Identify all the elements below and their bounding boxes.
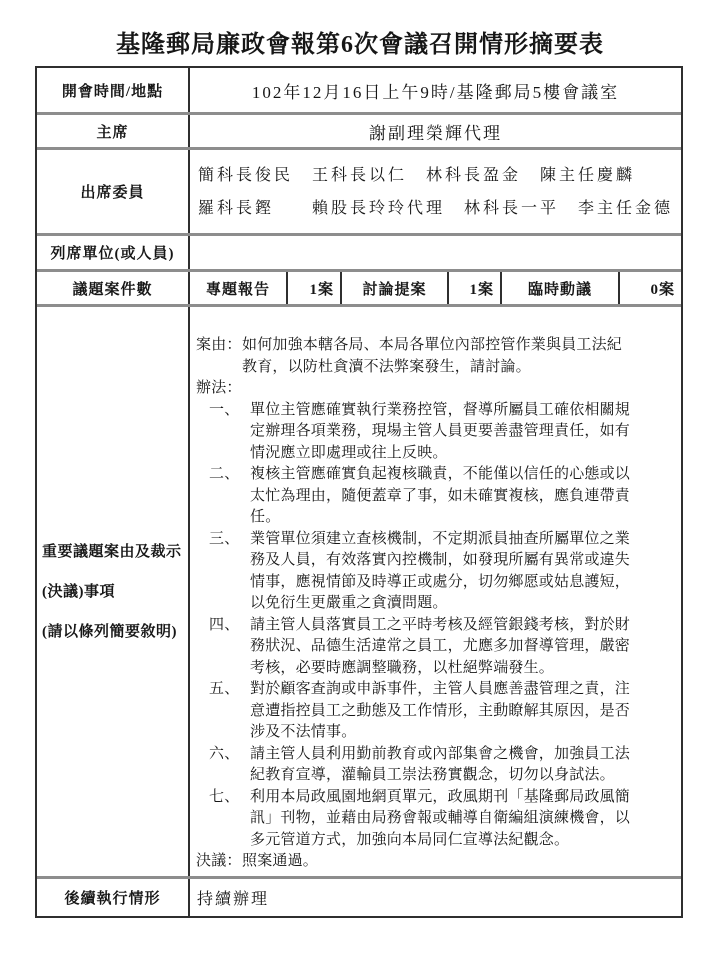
method-item-3: 三、 業管單位須建立查核機制，不定期派員抽查所屬單位之業務及人員，有效落實內控機… bbox=[209, 529, 673, 615]
observers-label: 列席單位(或人員) bbox=[37, 236, 190, 269]
method-item-6: 六、 請主管人員利用勤前教育或內部集會之機會，加強員工法紀教育宣導，灌輸員工崇法… bbox=[209, 744, 673, 787]
attendees-label: 出席委員 bbox=[37, 150, 190, 233]
case-label: 案由： bbox=[196, 335, 242, 378]
observers-value bbox=[190, 236, 681, 269]
method-item-6-no: 六、 bbox=[209, 744, 250, 787]
count-value-discussion: 1案 bbox=[447, 272, 500, 304]
row-chair: 主席 謝副理榮輝代理 bbox=[37, 112, 681, 147]
method-item-4-no: 四、 bbox=[209, 615, 250, 680]
method-item-7: 七、 利用本局政風園地網頁單元，政風期刊「基隆郵局政風簡訊」刊物，並藉由局務會報… bbox=[209, 787, 673, 852]
resolution-line: 決議： 照案通過。 bbox=[196, 851, 673, 873]
case-line: 案由： 如何加強本轄各局、本局各單位內部控管作業與員工法紀教育，以防杜貪瀆不法弊… bbox=[196, 335, 673, 378]
row-attendees: 出席委員 簡科長俊民 王科長以仁 林科長盈金 陳主任慶麟 羅科長鏗 賴股長玲玲代… bbox=[37, 147, 681, 233]
case-text: 如何加強本轄各局、本局各單位內部控管作業與員工法紀教育，以防杜貪瀆不法弊案發生，… bbox=[242, 335, 636, 378]
resolution-label: 決議： bbox=[196, 851, 242, 873]
method-item-4: 四、 請主管人員落實員工之平時考核及經管銀錢考核，對於財務狀況、品德生活違常之員… bbox=[209, 615, 673, 680]
count-category-extempore-motion: 臨時動議 bbox=[500, 272, 618, 304]
meeting-time-label: 開會時間/地點 bbox=[37, 68, 190, 112]
method-item-2-text: 複核主管應確實負起複核職責，不能僅以信任的心態或以太忙為理由，隨便蓋章了事，如未… bbox=[250, 464, 642, 529]
method-item-2-no: 二、 bbox=[209, 464, 250, 529]
resolution-text: 照案通過。 bbox=[242, 851, 636, 873]
agenda-counts-label: 議題案件數 bbox=[37, 272, 190, 304]
count-category-discussion: 討論提案 bbox=[340, 272, 447, 304]
agenda-counts-cells: 專題報告 1案 討論提案 1案 臨時動議 0案 bbox=[190, 272, 681, 304]
row-meeting-time: 開會時間/地點 102年12月16日上午9時/基隆郵局5樓會議室 bbox=[37, 68, 681, 112]
method-item-7-no: 七、 bbox=[209, 787, 250, 852]
row-observers: 列席單位(或人員) bbox=[37, 233, 681, 269]
method-item-3-no: 三、 bbox=[209, 529, 250, 615]
chair-value: 謝副理榮輝代理 bbox=[190, 115, 681, 147]
count-value-special-report: 1案 bbox=[286, 272, 340, 304]
attendees-value: 簡科長俊民 王科長以仁 林科長盈金 陳主任慶麟 羅科長鏗 賴股長玲玲代理 林科長… bbox=[190, 150, 681, 233]
method-item-6-text: 請主管人員利用勤前教育或內部集會之機會，加強員工法紀教育宣導，灌輸員工崇法務實觀… bbox=[250, 744, 642, 787]
method-item-1-no: 一、 bbox=[209, 400, 250, 465]
method-item-7-text: 利用本局政風園地網頁單元，政風期刊「基隆郵局政風簡訊」刊物，並藉由局務會報或輔導… bbox=[250, 787, 642, 852]
page-title: 基隆郵局廉政會報第6次會議召開情形摘要表 bbox=[0, 24, 720, 59]
row-main-topics: 重要議題案由及裁示 (決議)事項 (請以條列簡要敘明) 案由： 如何加強本轄各局… bbox=[37, 304, 681, 876]
count-category-special-report: 專題報告 bbox=[190, 272, 286, 304]
count-value-extempore-motion: 0案 bbox=[618, 272, 681, 304]
meeting-time-value: 102年12月16日上午9時/基隆郵局5樓會議室 bbox=[190, 68, 681, 112]
main-topics-content: 案由： 如何加強本轄各局、本局各單位內部控管作業與員工法紀教育，以防杜貪瀆不法弊… bbox=[190, 307, 681, 876]
method-item-4-text: 請主管人員落實員工之平時考核及經管銀錢考核，對於財務狀況、品德生活違常之員工，尤… bbox=[250, 615, 642, 680]
follow-up-value: 持續辦理 bbox=[190, 879, 681, 916]
row-agenda-counts: 議題案件數 專題報告 1案 討論提案 1案 臨時動議 0案 bbox=[37, 269, 681, 304]
method-label: 辦法： bbox=[196, 378, 673, 400]
method-item-5-text: 對於顧客查詢或申訴事件，主管人員應善盡管理之責，注意遭指控員工之動態及工作情形，… bbox=[250, 679, 642, 744]
follow-up-label: 後續執行情形 bbox=[37, 879, 190, 916]
chair-label: 主席 bbox=[37, 115, 190, 147]
method-item-2: 二、 複核主管應確實負起複核職責，不能僅以信任的心態或以太忙為理由，隨便蓋章了事… bbox=[209, 464, 673, 529]
main-topics-label: 重要議題案由及裁示 (決議)事項 (請以條列簡要敘明) bbox=[37, 307, 190, 876]
row-follow-up: 後續執行情形 持續辦理 bbox=[37, 876, 681, 916]
method-item-3-text: 業管單位須建立查核機制，不定期派員抽查所屬單位之業務及人員，有效落實內控機制，如… bbox=[250, 529, 642, 615]
meeting-summary-table: 開會時間/地點 102年12月16日上午9時/基隆郵局5樓會議室 主席 謝副理榮… bbox=[35, 66, 683, 918]
method-item-5-no: 五、 bbox=[209, 679, 250, 744]
method-item-1: 一、 單位主管應確實執行業務控管，督導所屬員工確依相關規定辦理各項業務，現場主管… bbox=[209, 400, 673, 465]
method-item-1-text: 單位主管應確實執行業務控管，督導所屬員工確依相關規定辦理各項業務，現場主管人員更… bbox=[250, 400, 642, 465]
method-item-5: 五、 對於顧客查詢或申訴事件，主管人員應善盡管理之責，注意遭指控員工之動態及工作… bbox=[209, 679, 673, 744]
